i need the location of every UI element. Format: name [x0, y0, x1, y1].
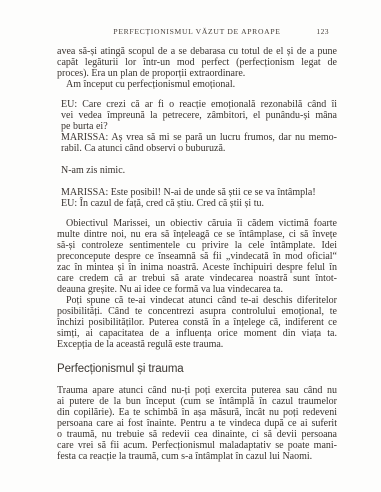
- text-line: EU: Care crezi că ar fi o reacție emoțio…: [61, 99, 337, 110]
- text-line: posibilități. Când te concentrezi asupra…: [57, 306, 337, 317]
- dialogue-block: EU: Care crezi că ar fi o reacție emoțio…: [57, 99, 337, 209]
- dialogue-marissa-2: MARISSA: Este posibil! N-ai de unde să ș…: [61, 187, 337, 198]
- text-line: vei vedea împreună la petrecere, zâmbito…: [61, 110, 337, 121]
- text-line: simți, ai capacitatea de a influența ori…: [57, 328, 337, 339]
- text-line: multe dintre noi, nu era să înțeleagă ce…: [57, 229, 337, 240]
- text-line: zac în mintea și în inima noastră. Acest…: [57, 262, 337, 273]
- text-line: MARISSA: Aș vrea să mi se pară un lucru …: [61, 132, 337, 143]
- text-line: din copilărie). Ea te schimbă în așa măs…: [57, 407, 337, 418]
- text-line: care credem că ar trebui să arate vindec…: [57, 273, 337, 284]
- dialogue-marissa-1: MARISSA: Aș vrea să mi se pară un lucru …: [61, 132, 337, 154]
- paragraph-poti-spune: Poți spune că te-ai vindecat atunci când…: [57, 295, 337, 350]
- running-head-title: PERFECȚIONISMUL VĂZUT DE APROAPE: [57, 26, 337, 37]
- book-page: PERFECȚIONISMUL VĂZUT DE APROAPE 123 ave…: [0, 0, 381, 492]
- text-line: Trauma apare atunci când nu-ți poți exer…: [57, 385, 337, 396]
- text-line: închizi posibilităților. Puterea constă …: [57, 317, 337, 328]
- text-line: N-am zis nimic.: [61, 165, 337, 176]
- paragraph-am-inceput: Am început cu perfecționismul emoțional.: [57, 79, 337, 90]
- text-line: ai putere de la bun început (cum se întâ…: [57, 396, 337, 407]
- text-line: Excepția de la această regulă este traum…: [57, 339, 337, 350]
- text-line: Am început cu perfecționismul emoțional.: [57, 79, 337, 90]
- section-heading-trauma: Perfecționismul și trauma: [57, 363, 337, 376]
- running-head: PERFECȚIONISMUL VĂZUT DE APROAPE 123: [57, 26, 337, 37]
- text-line: pe burta ei?: [61, 121, 337, 132]
- paragraph-obiectivul: Obiectivul Marissei, un obiectiv căruia …: [57, 218, 337, 295]
- page-number: 123: [316, 26, 329, 37]
- text-line: Poți spune că te-ai vindecat atunci când…: [57, 295, 337, 306]
- text-line: preconcepute despre ce înseamnă să fii „…: [57, 251, 337, 262]
- text-line: o traumă, nu trebuie să redevii cea dina…: [57, 429, 337, 440]
- text-line: să-și controleze sentimentele cu privire…: [57, 240, 337, 251]
- text-line: proces). Era un plan de proporții extrao…: [57, 68, 337, 79]
- text-line: MARISSA: Este posibil! N-ai de unde să ș…: [61, 187, 337, 198]
- dialogue-eu-1: EU: Care crezi că ar fi o reacție emoțio…: [61, 99, 337, 132]
- text-line: deauna greșite. Nu ai idee ce formă va l…: [57, 284, 337, 295]
- text-line: rabil. Ca atunci când observi o buburuză…: [61, 143, 337, 154]
- paragraph-continuation: avea să-și atingă scopul de a se debaras…: [57, 46, 337, 79]
- text-line: care vrei să fii acum. Perfecționismul m…: [57, 440, 337, 451]
- dialogue-eu-2: EU: În cazul de față, cred că știu. Cred…: [61, 198, 337, 209]
- text-line: EU: În cazul de față, cred că știu. Cred…: [61, 198, 337, 209]
- text-line: capăt legăturii lor într-un mod perfect …: [57, 57, 337, 68]
- content: avea să-și atingă scopul de a se debaras…: [57, 46, 337, 462]
- text-block: PERFECȚIONISMUL VĂZUT DE APROAPE 123 ave…: [57, 26, 337, 462]
- text-line: avea să-și atingă scopul de a se debaras…: [57, 46, 337, 57]
- dialogue-narration: N-am zis nimic.: [61, 165, 337, 176]
- text-line: Obiectivul Marissei, un obiectiv căruia …: [57, 218, 337, 229]
- text-line: persoana care ai fost înainte. Pentru a …: [57, 418, 337, 429]
- text-line: festa ca reacție la traumă, cum s-a întâ…: [57, 451, 337, 462]
- paragraph-trauma: Trauma apare atunci când nu-ți poți exer…: [57, 385, 337, 462]
